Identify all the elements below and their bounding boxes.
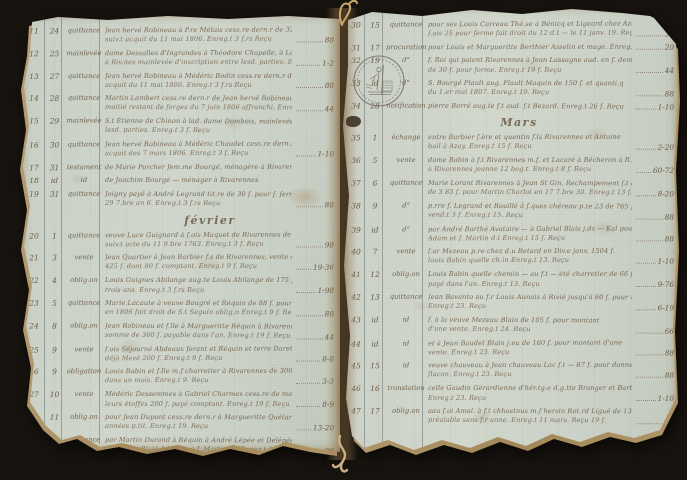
- entry-type: id: [386, 315, 426, 324]
- entry-text-line: suiv.t acquit du 11 mai 1806. Enreg.t 3 …: [105, 35, 292, 45]
- entry-text-line: trois ans. Enreg.t 3 f.rs Reçu: [105, 286, 292, 295]
- dotted-leader: [636, 72, 663, 73]
- dotted-leader: [296, 87, 323, 88]
- dotted-leader: [296, 338, 323, 339]
- entry-text-line: acquit des 7 mars 1806. Enreg.t 3 f. Reç…: [105, 149, 292, 159]
- register-entry: 407ventef.ar Mezeau p.re chez d.u Retard…: [348, 247, 674, 266]
- entry-text: Jean Robineau et f.lle à Margueritte Réq…: [105, 321, 292, 341]
- entry-type: oblig.on: [386, 407, 426, 416]
- entry-amount-value: 88: [665, 348, 674, 357]
- entry-day: 5: [366, 156, 384, 165]
- entry-day: 29: [46, 117, 63, 126]
- entry-type: quittance: [65, 189, 103, 198]
- register-entry: 1428quittanceMartin Lambert cess.re dern…: [24, 94, 334, 113]
- dotted-leader: [636, 309, 656, 310]
- entry-text: Jean hervé Robineau à P.re Métais cess.r…: [105, 26, 292, 46]
- entry-number: 44: [348, 339, 364, 348]
- entry-text-line: bail à Azay. Enreg.t 15 f. Reçu: [428, 142, 632, 152]
- entry-number: 27: [24, 390, 44, 399]
- entry-day: 28: [46, 94, 63, 103]
- entry-type: id: [386, 339, 426, 348]
- entry-text-line: f. à la veuve Mezeau Blain de 105 f. pou…: [428, 315, 632, 325]
- register-entry: 1931quittanceJoigny payé à André Legrand…: [24, 189, 334, 208]
- entry-text-line: moitié restant de forges du 7 juin 1806 …: [105, 104, 292, 114]
- entry-amount-value: 88: [325, 35, 334, 44]
- entry-text: par André Barthé Avataire — à Gabriel Bl…: [428, 224, 632, 244]
- entry-type: d°: [386, 201, 426, 210]
- entry-type: quittance: [65, 94, 103, 103]
- register-entry: 351échangeentre Barbier f.ère et quentin…: [348, 133, 674, 152]
- entry-day: id: [366, 225, 384, 234]
- entry-type: translation: [386, 384, 426, 393]
- entry-day: 27: [46, 72, 63, 81]
- dotted-leader: [636, 332, 663, 333]
- entry-amount: 1-10: [634, 394, 674, 403]
- entry-text: de Joachim Bourgé — ménager à Rivarennes: [105, 176, 292, 185]
- revenue-stamp-icon: [352, 54, 406, 108]
- register-entry: 1327quittanceJean hervé Robineau à Médér…: [24, 72, 334, 91]
- entry-number: 14: [24, 94, 44, 103]
- entry-type: quittance: [65, 26, 103, 35]
- entry-day: 31: [46, 189, 63, 198]
- entry-type: quittance: [65, 299, 103, 308]
- entry-amount-value: 1-10: [318, 149, 334, 158]
- register-entry: 1630quittanceJean hervé Robineau à Médér…: [24, 139, 334, 159]
- section-heading: Mars: [348, 116, 674, 129]
- entry-text-line: Médéric Dessemmes à Gabriel Charmes cess…: [105, 390, 292, 399]
- register-entry: 4717oblig.onaau f.oi Amal. à f.t chhostn…: [348, 407, 674, 426]
- entry-amount-value: 88: [665, 212, 674, 221]
- entry-amount: 88: [634, 348, 674, 357]
- entry-day: id: [366, 339, 384, 348]
- entry-type: quittance: [386, 179, 426, 188]
- entry-amount-value: 88: [325, 200, 334, 209]
- entry-text-line: suiv.t acte du 11 9.bre 1763. Enreg.t 3 …: [105, 239, 292, 249]
- entry-text-line: de 30 f. pour forme. Enreg.t 19 f. Reçu: [428, 66, 632, 75]
- entry-number: 31: [348, 43, 364, 52]
- entry-amount: 1-98: [294, 286, 334, 295]
- entry-text-line: payé dans l'an. Enreg.t 13. Reçu: [428, 280, 632, 289]
- entry-text: Martin Lambert cess.re dern.r de Jean he…: [105, 94, 292, 113]
- entry-day: 15: [366, 21, 384, 30]
- entry-amount-value: 8-8: [322, 354, 334, 363]
- entry-day: 1: [46, 231, 63, 240]
- entry-amount: 3-3: [294, 377, 334, 386]
- dotted-leader: [296, 246, 323, 247]
- entry-amount-value: 3-3: [322, 377, 334, 386]
- left-page-paper: 1124quittanceJean hervé Robineau à P.re …: [18, 14, 340, 454]
- entry-amount: 88: [294, 35, 334, 44]
- entry-day: 4: [46, 276, 63, 285]
- dotted-leader: [636, 240, 663, 241]
- register-entry: 269obligationLouis Babin et f.lle m.f ch…: [24, 367, 334, 386]
- entry-text-line: Marie Lorant Rivarennes à Jean St Gin, R…: [428, 179, 632, 189]
- entry-amount-value: 2-20: [658, 143, 674, 152]
- entry-type: vente: [386, 156, 426, 165]
- dotted-leader: [296, 64, 320, 65]
- entry-text: Louis Babin et f.lle m.f charretier à Ri…: [105, 367, 292, 386]
- entry-text: dame Babin à f.t Rivarennes m.f. et Laca…: [428, 156, 632, 175]
- entry-amount-value: 44: [325, 105, 334, 114]
- entry-amount-value: 98: [325, 240, 334, 249]
- entry-type: obligation: [65, 368, 103, 377]
- entry-type: quittance: [386, 20, 426, 29]
- entry-text-line: leurs étoffes 200 f. payé comptant. Enre…: [105, 400, 292, 409]
- register-entry: 44ididet à Jean Baudet Blain j.eu de 160…: [348, 338, 674, 358]
- entry-amount: 88: [634, 371, 674, 380]
- entry-text: f.ois Séjourné Abdeaux ferant et Réquin …: [105, 344, 292, 364]
- register-entry: 2710venteMédéric Dessemmes à Gabriel Cha…: [24, 390, 334, 409]
- entry-day: 17: [366, 43, 384, 52]
- entry-number: 24: [24, 321, 44, 330]
- entry-text-line: 29 7.bre an 6. Enreg.t 3 f.rs Reçu: [105, 199, 292, 209]
- entry-amount: 8-9: [294, 400, 334, 409]
- entry-day: 5: [46, 299, 63, 308]
- entry-text: Marie Lorant Rivarennes à Jean St Gin, R…: [428, 179, 632, 198]
- left-page: 1124quittanceJean hervé Robineau à P.re …: [18, 14, 344, 462]
- entry-text: Louis Guignes Abilange aug.te Louis Abil…: [105, 276, 292, 295]
- entry-text-line: Marie Lacaute à veuve Bougré et Réquin d…: [105, 299, 292, 309]
- entry-text: celle Gaudin Gérardienne d'hér.tg.e d.g.…: [428, 384, 632, 403]
- entry-amount-value: 6-19: [658, 303, 674, 312]
- register-entry: 259ventef.ois Séjourné Abdeaux ferant et…: [24, 344, 334, 364]
- register-entry: 4213quittanceJean Bavanto au f.r Louis A…: [348, 293, 674, 312]
- entry-amount-value: 1-98: [318, 286, 334, 295]
- entry-day: 10: [46, 390, 63, 399]
- entry-amount-value: 44: [325, 332, 334, 341]
- entry-text: pour Louis et Margueritte Berthier Assel…: [428, 43, 632, 53]
- entry-number: 47: [348, 407, 364, 416]
- entry-amount: 13-20: [294, 423, 334, 432]
- entry-day: 9: [46, 345, 63, 354]
- entry-number: 11: [24, 27, 44, 36]
- entry-type: vente: [65, 253, 103, 262]
- entry-number: 17: [24, 163, 44, 172]
- entry-amount: 33: [634, 29, 674, 38]
- entry-day: 13: [366, 293, 384, 302]
- entry-type: id: [65, 176, 103, 185]
- entry-text: aau f.oi Amal. à f.t chhostnus m.f hersi…: [428, 407, 632, 426]
- entry-text-line: de Joachim Bourgé — ménager à Rivarennes: [105, 176, 292, 185]
- binding-thread-bottom-icon: [324, 434, 364, 478]
- entry-type: quittance: [386, 293, 426, 302]
- entry-amount-value: 8-9: [322, 400, 334, 409]
- entry-text-line: Louis Babin quelle chemin — au f.t — été…: [428, 270, 632, 279]
- entry-text: f. Roi qui paient Rivarennes à Jean Lass…: [428, 56, 632, 75]
- register-entry: 389d°p.rre f. Legrand et Rouillé à f.que…: [348, 201, 674, 221]
- entry-amount-value: 66: [665, 326, 674, 335]
- entry-amount-value: 8-20: [658, 189, 674, 198]
- left-page-entries: 1124quittanceJean hervé Robineau à P.re …: [24, 26, 334, 459]
- dotted-leader: [296, 292, 316, 293]
- entry-type: mainlevée: [65, 117, 103, 126]
- dotted-leader: [636, 263, 656, 264]
- entry-type: vente: [386, 247, 426, 256]
- entry-amount: 8-8: [294, 354, 334, 363]
- entry-amount-value: 1-10: [658, 257, 674, 266]
- entry-amount: 98: [294, 240, 334, 249]
- entry-text-line: f. Roi qui paient Rivarennes à Jean Lass…: [428, 56, 632, 65]
- entry-day: 9: [366, 201, 384, 210]
- entry-text-line: acquit du 11 mai 1806. Enreg.t 3 f.rs Re…: [105, 81, 292, 90]
- register-entry: 1731testamentde Marie Porcher fem.me Bou…: [24, 163, 334, 173]
- entry-day: id: [366, 315, 384, 324]
- entry-text-line: à Riv.nes mainlevée d'inscription entre …: [105, 58, 292, 68]
- entry-text-line: à Rivarennes jeanne 12 bog.t. Enreg.t 8 …: [428, 165, 632, 174]
- entry-text-line: du 1.er mai 1807. Enreg.t 19. Reçu: [428, 88, 632, 98]
- entry-amount-value: 88: [325, 309, 334, 318]
- entry-text-line: Enreg.t 23. Reçu: [428, 394, 632, 403]
- entry-text: p.rre f. Legrand et Rouillé à f.ques ché…: [428, 201, 632, 221]
- entry-day: 11: [46, 413, 63, 422]
- entry-amount: 88: [634, 212, 674, 221]
- entry-text-line: vend.t 3 f. Enreg.t 15. Reçu: [428, 211, 632, 221]
- entry-type: d°: [386, 225, 426, 234]
- entry-number: 29: [24, 435, 44, 444]
- dotted-leader: [636, 49, 663, 50]
- entry-amount-value: 44: [665, 66, 674, 75]
- entry-day: 8: [46, 321, 63, 330]
- section-heading: février: [24, 214, 334, 227]
- dotted-leader: [636, 400, 656, 401]
- register-entry: 3117procurationpour Louis et Margueritte…: [348, 42, 674, 52]
- entry-text-line: p.rre f. Legrand et Rouillé à f.ques ché…: [428, 201, 632, 211]
- entry-day: id: [46, 176, 63, 185]
- entry-number: 36: [348, 156, 364, 165]
- dotted-leader: [636, 218, 663, 219]
- dotted-leader: [636, 149, 656, 150]
- entry-amount: 8-20: [634, 189, 674, 198]
- entry-text-line: Adam et f. Martin d.t Enreg.t 15 f. Reçu: [428, 233, 632, 243]
- register-entry: 213venteJean Quartier à Jean Barbier f.s…: [24, 253, 334, 272]
- entry-type: mainlevée: [65, 49, 103, 58]
- entry-text-line: Jean Robineau et f.lle à Margueritte Réq…: [105, 321, 292, 331]
- dotted-leader: [296, 206, 323, 207]
- dotted-leader: [296, 41, 323, 42]
- entry-amount: 44: [294, 332, 334, 341]
- register-entry: 43ididf. à la veuve Mezeau Blain de 105 …: [348, 315, 674, 335]
- entry-text-line: dame Dessalles d'Ingrandes à Théodore Ch…: [105, 49, 292, 59]
- entry-text: Jean hervé Robineau à Médéric Bodin cess…: [105, 72, 292, 91]
- dotted-leader: [296, 315, 323, 316]
- entry-text-line: Louis Guignes Abilange aug.te Louis Abil…: [105, 276, 292, 285]
- entry-text: veuve chauveau à Jean chauveau Lac f.t —…: [428, 361, 632, 380]
- entry-text-line: en 1806 fait droit de S.t Seguin oblig.n…: [105, 308, 292, 318]
- dotted-leader: [296, 110, 323, 111]
- entry-text: Médéric Dessemmes à Gabriel Charmes cess…: [105, 390, 292, 409]
- entry-text-line: Jean Bavanto au f.r Louis Aunais à Rivié…: [428, 293, 632, 303]
- entry-text: S. Bourgé Plault aug. Plault Maquin de 1…: [428, 79, 632, 98]
- entry-text: f.ar Mezeau p.re chez d.u Retard en Div.…: [428, 247, 632, 266]
- entry-text: de Marie Porcher fem.me Bourgé, ménagère…: [105, 163, 292, 173]
- register-entry: 2811oblig.onpour Jean Dupont cess.re der…: [24, 413, 334, 432]
- entry-amount: 9-76: [634, 280, 674, 289]
- entry-text: pierre Borré aug.te f.t aud. f.t Bezard.…: [428, 101, 632, 111]
- register-entry: 248oblig.onJean Robineau et f.lle à Marg…: [24, 321, 334, 341]
- entry-type: id: [386, 362, 426, 371]
- entry-amount: 2-20: [634, 143, 674, 152]
- entry-text-line: de 3 83 f. pour Martin Charlot en 17 7.b…: [428, 188, 632, 198]
- entry-number: 39: [348, 225, 364, 234]
- entry-amount: 19-36: [294, 263, 334, 272]
- register-entry: 4515idveuve chauveau à Jean chauveau Lac…: [348, 361, 674, 380]
- entry-amount: 6-19: [634, 303, 674, 312]
- dotted-leader: [636, 95, 663, 96]
- register-entry: 1225mainlevéedame Dessalles d'Ingrandes …: [24, 48, 334, 67]
- entry-text: Marie Lacaute à veuve Bougré et Réquin d…: [105, 299, 292, 318]
- entry-type: échange: [386, 133, 426, 142]
- dotted-leader: [636, 172, 651, 173]
- entry-text: Jean hervé Robineau à Médéric Chaudet ce…: [105, 140, 292, 160]
- entry-amount-value: 20: [665, 43, 674, 52]
- entry-amount: 88: [294, 200, 334, 209]
- dotted-leader: [296, 360, 320, 361]
- entry-text: pour ses Louis Carreau Thé.se à Bénicq e…: [428, 19, 632, 39]
- entry-text: veuve Luce Guignard à f.ois Maquet de Ri…: [105, 230, 292, 250]
- register-entry: 39idd°par André Barthé Avataire — à Gabr…: [348, 224, 674, 244]
- dotted-leader: [636, 109, 656, 110]
- entry-number: 13: [24, 72, 44, 81]
- entry-text-line: pierre Borré aug.te f.t aud. f.t Bezard.…: [428, 101, 632, 111]
- entry-type: vente: [65, 390, 103, 399]
- entry-number: 40: [348, 248, 364, 257]
- entry-text-line: pour Jean Dupont cess.re dern.r à Margue…: [105, 413, 292, 423]
- entry-type: quittance: [65, 140, 103, 149]
- entry-amount-value: 88: [665, 371, 674, 380]
- register-entry: 376quittanceMarie Lorant Rivarennes à Je…: [348, 179, 674, 198]
- entry-type: oblig.on: [65, 276, 103, 285]
- entry-day: 6: [366, 179, 384, 188]
- entry-text: entre Barbier f.ère et quentin f.ls Riva…: [428, 133, 632, 152]
- entry-text-line: lesd. parties. Enreg.t 3 f. Reçu: [105, 126, 292, 136]
- entry-number: 16: [24, 141, 44, 150]
- entry-text-line: dame Babin à f.t Rivarennes m.f. et Laca…: [428, 156, 632, 165]
- entry-day: 25: [46, 49, 63, 58]
- dotted-leader: [296, 155, 316, 156]
- entry-amount: 1-10: [634, 257, 674, 266]
- entry-amount: 88: [634, 89, 674, 98]
- entry-amount-value: 1-10: [658, 394, 674, 403]
- entry-text-line: somme de 360 f. payable dans l'an. Enreg…: [105, 331, 292, 341]
- entry-text-line: pour Louis et Margueritte Berthier Assel…: [428, 43, 632, 53]
- entry-text-line: louis Babin quelle ch.in Enreg.t 13. Reç…: [428, 256, 632, 266]
- entry-number: 26: [24, 368, 44, 377]
- register-entry: 1529mainlevéeS.t Étienne de Chinon à lad…: [24, 117, 334, 137]
- entry-text-line: préalable sans f.r anne. Enreg.t 11 mars…: [428, 416, 632, 426]
- entry-number: 18: [24, 176, 44, 185]
- dotted-leader: [296, 429, 311, 430]
- dotted-leader: [636, 423, 663, 424]
- entry-day: 7: [366, 248, 384, 257]
- entry-amount: 1-10: [294, 149, 334, 158]
- entry-number: 46: [348, 384, 364, 393]
- entry-text-line: d'une vente. Enreg.t 24. Reçu: [428, 325, 632, 335]
- entry-text: pour Jean Dupont cess.re dern.r à Margue…: [105, 413, 292, 432]
- entry-text-line: par Martin Durand à Réquin à André Lépée…: [105, 436, 292, 446]
- entry-amount-value: 33: [665, 29, 674, 38]
- entry-day: 24: [46, 26, 63, 35]
- entry-type: oblig.on: [65, 413, 103, 422]
- entry-day: 17: [366, 407, 384, 416]
- entry-number: 38: [348, 201, 364, 210]
- entry-number: 35: [348, 134, 364, 143]
- entry-day: 9: [46, 368, 63, 377]
- entry-amount-value: 1-10: [658, 103, 674, 112]
- entry-amount: 88: [294, 309, 334, 318]
- entry-day: 16: [366, 384, 384, 393]
- dotted-leader: [296, 383, 320, 384]
- register-entry: 224oblig.onLouis Guignes Abilange aug.te…: [24, 276, 334, 295]
- entry-amount: 44: [634, 66, 674, 75]
- entry-text-line: 425 f. dont 80 f. comptant. Enreg.t 9 f.…: [105, 262, 292, 272]
- entry-text-line: de Marie Porcher fem.me Bourgé, ménagère…: [105, 163, 292, 173]
- entry-text: S.t Étienne de Chinon à lad. dame Domboi…: [105, 117, 292, 137]
- entry-type: oblig.on: [65, 321, 103, 330]
- entry-type: oblig.on: [386, 270, 426, 279]
- entry-text-line: par André Barthé Avataire — à Gabriel Bl…: [428, 224, 632, 234]
- dotted-leader: [636, 35, 663, 36]
- binding-thread-top-icon: [330, 0, 364, 26]
- entry-amount-value: 88: [665, 89, 674, 98]
- entry-text-line: vente. Enreg.t 23. Reçu: [428, 347, 632, 357]
- register-entry: 4112oblig.onLouis Babin quelle chemin — …: [348, 270, 674, 289]
- entry-text-line: Enreg.t 23. Reçu: [428, 302, 632, 312]
- entry-text-line: Jean hervé Robineau à Médéric Bodin cess…: [105, 72, 292, 81]
- entry-amount: 20: [634, 43, 674, 52]
- entry-text: dame Dessalles d'Ingrandes à Théodore Ch…: [105, 49, 292, 68]
- register-entry: 365ventedame Babin à f.t Rivarennes m.f.…: [348, 156, 674, 175]
- entry-text-line: S. Bourgé Plault aug. Plault Maquin de 1…: [428, 79, 632, 89]
- register-entry: 201quittanceveuve Luce Guignard à f.ois …: [24, 230, 334, 250]
- entry-text: Jean Bavanto au f.r Louis Aunais à Rivié…: [428, 293, 632, 312]
- entry-number: 45: [348, 362, 364, 371]
- entry-text-line: et à Jean Baudet Blain j.eu de 160 f. po…: [428, 338, 632, 348]
- entry-type: procuration: [386, 43, 426, 52]
- scanned-register-spread: 1124quittanceJean hervé Robineau à P.re …: [0, 0, 687, 480]
- entry-day: 15: [366, 362, 384, 371]
- dotted-leader: [636, 354, 663, 355]
- entry-text-line: années p.tit. Enreg.t 19. Reçu: [105, 422, 292, 432]
- entry-amount: 1-2: [294, 58, 334, 67]
- entry-type: testament: [65, 163, 103, 172]
- entry-number: 41: [348, 270, 364, 279]
- entry-amount-value: 60-72: [653, 166, 674, 175]
- register-entry: 4616translationcelle Gaudin Gérardienne …: [348, 384, 674, 403]
- entry-number: 43: [348, 315, 364, 324]
- register-entry: 1124quittanceJean hervé Robineau à P.re …: [24, 25, 334, 45]
- entry-amount: 44: [294, 104, 334, 113]
- entry-amount-value: 88: [665, 234, 674, 243]
- entry-text: f. à la veuve Mezeau Blain de 105 f. pou…: [428, 315, 632, 335]
- entry-text-line: celle Gaudin Gérardienne d'hér.tg.e d.g.…: [428, 384, 632, 393]
- dotted-leader: [296, 269, 311, 270]
- entry-text: Joigny payé à André Legrand tit.re de 30…: [105, 190, 292, 209]
- entry-text-line: aau f.oi Amal. à f.t chhostnus m.f hersi…: [428, 407, 632, 417]
- entry-number: 42: [348, 293, 364, 302]
- entry-type: quittance: [65, 231, 103, 240]
- entry-text-line: Joigny payé à André Legrand tit.re de 30…: [105, 190, 292, 200]
- register-entry: 235quittanceMarie Lacaute à veuve Bougré…: [24, 299, 334, 318]
- entry-number: 20: [24, 231, 44, 240]
- entry-text-line: déjà Mezé 200 f. Enreg.t 9 f. Reçu: [105, 353, 292, 363]
- entry-text-line: dans un mois. Enreg.t 9. Reçu: [105, 377, 292, 387]
- register-entry: 3015quittancepour ses Louis Carreau Thé.…: [348, 19, 674, 39]
- entry-text-line: veuve Luce Guignard à f.ois Maquet de Ri…: [105, 230, 292, 240]
- entry-amount-value: 9-76: [658, 280, 674, 289]
- entry-day: 31: [46, 163, 63, 172]
- entry-amount: 66: [634, 326, 674, 335]
- entry-amount-value: 19-36: [313, 263, 334, 272]
